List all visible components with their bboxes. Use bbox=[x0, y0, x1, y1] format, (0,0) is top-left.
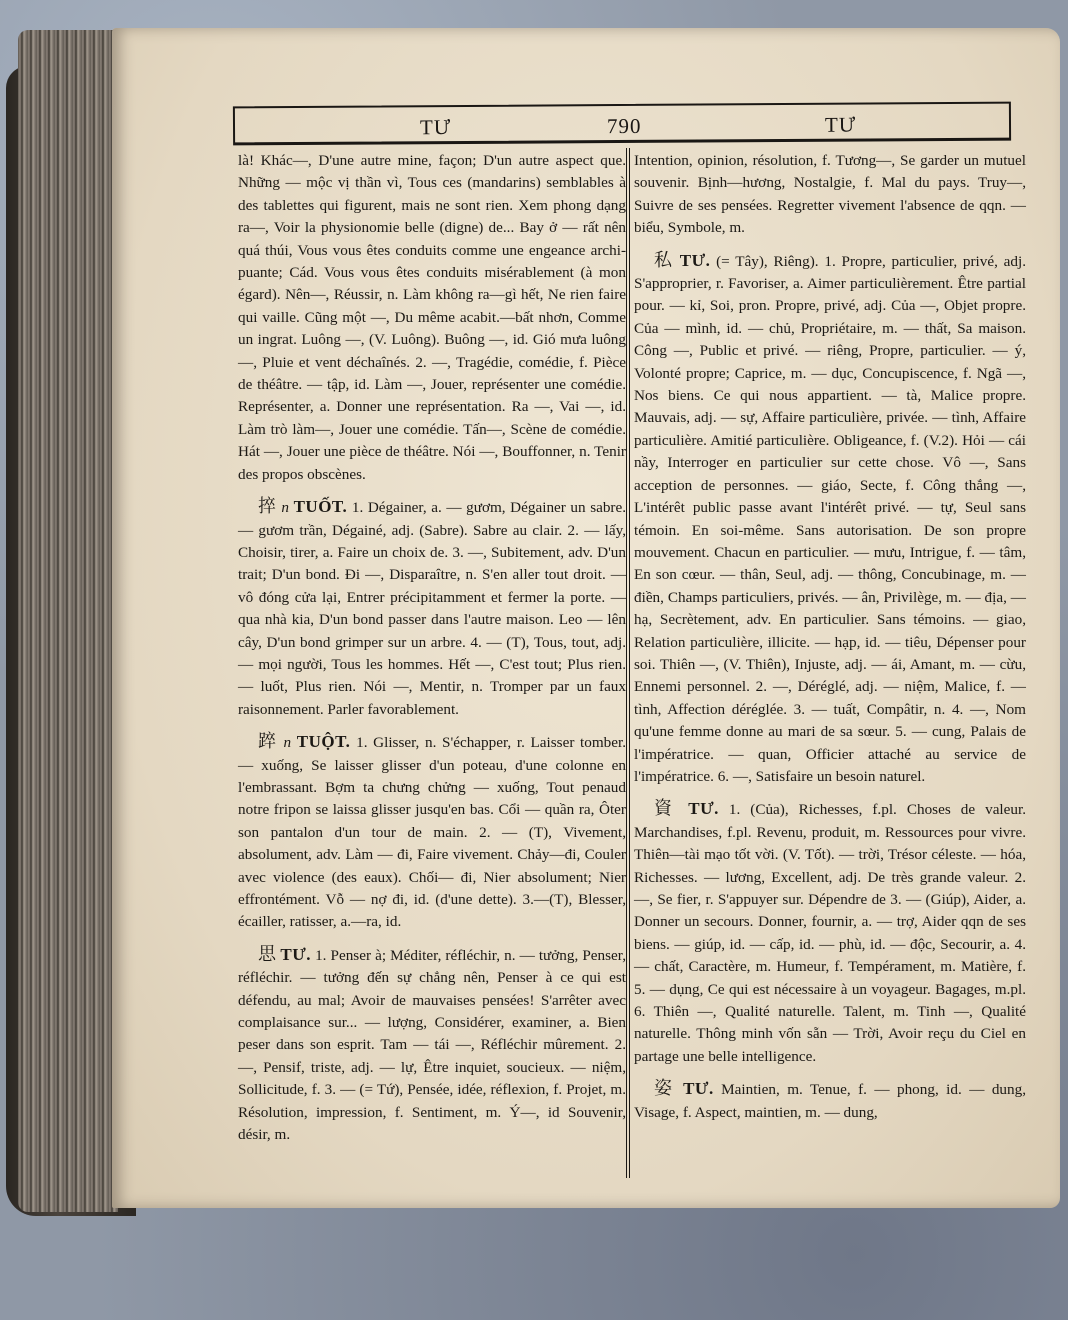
left-column: là! Khác—, D'une autre mine, façon; D'un… bbox=[238, 150, 626, 1146]
right-column: Intention, opinion, résolution, f. Tương… bbox=[634, 150, 1026, 1124]
dictionary-entry: 踤 n TUỘT. 1. Glisser, n. S'échapper, r. … bbox=[238, 731, 626, 934]
dictionary-entry: Intention, opinion, résolution, f. Tương… bbox=[634, 150, 1026, 240]
page-stack-edge bbox=[18, 30, 118, 1212]
headword: TƯ. bbox=[688, 799, 719, 818]
han-character: 姿 bbox=[654, 1078, 676, 1099]
left-guide-word: TƯ bbox=[420, 115, 451, 140]
dictionary-entry: 資 TƯ. 1. (Của), Richesses, f.pl. Choses … bbox=[634, 798, 1026, 1068]
headword: TƯ. bbox=[680, 251, 711, 270]
headword: TƯ. bbox=[683, 1079, 714, 1098]
dictionary-entry: 捽 n TUỐT. 1. Dégainer, a. — gươm, Dégain… bbox=[238, 496, 626, 721]
entry-text: Intention, opinion, résolution, f. Tương… bbox=[634, 152, 1026, 236]
column-divider bbox=[626, 148, 630, 1178]
headword: TUỐT. bbox=[294, 497, 348, 516]
dictionary-entry: là! Khác—, D'une autre mine, façon; D'un… bbox=[238, 150, 626, 486]
part-of-speech: n bbox=[284, 734, 292, 751]
right-guide-word: TƯ bbox=[825, 113, 856, 138]
entry-text: 1. Glisser, n. S'échapper, r. Laisser to… bbox=[238, 734, 626, 930]
page-number: 790 bbox=[607, 114, 642, 139]
dictionary-entry: 姿 TƯ. Maintien, m. Tenue, f. — phong, id… bbox=[634, 1078, 1026, 1124]
han-character: 思 bbox=[258, 944, 276, 965]
dictionary-entry: 思 TƯ. 1. Penser à; Méditer, réfléchir, n… bbox=[238, 944, 626, 1147]
han-character: 資 bbox=[654, 798, 678, 819]
entry-text: (= Tây), Riêng). 1. Propre, particulier,… bbox=[634, 253, 1026, 785]
han-character: 私 bbox=[654, 250, 674, 271]
entry-text: 1. (Của), Richesses, f.pl. Choses de val… bbox=[634, 801, 1026, 1064]
running-header: TƯ 790 TƯ bbox=[233, 102, 1011, 146]
dictionary-entry: 私 TƯ. (= Tây), Riêng). 1. Propre, partic… bbox=[634, 250, 1026, 789]
headword: TUỘT. bbox=[297, 732, 351, 751]
entry-text: 1. Penser à; Méditer, réfléchir, n. — tư… bbox=[238, 947, 626, 1143]
entry-text: 1. Dégainer, a. — gươm, Dégainer un sabr… bbox=[238, 499, 626, 718]
han-character: 捽 bbox=[258, 496, 277, 517]
entry-text: là! Khác—, D'une autre mine, façon; D'un… bbox=[238, 152, 626, 483]
part-of-speech: n bbox=[281, 499, 289, 516]
headword: TƯ. bbox=[280, 945, 311, 964]
han-character: 踤 bbox=[258, 731, 278, 752]
